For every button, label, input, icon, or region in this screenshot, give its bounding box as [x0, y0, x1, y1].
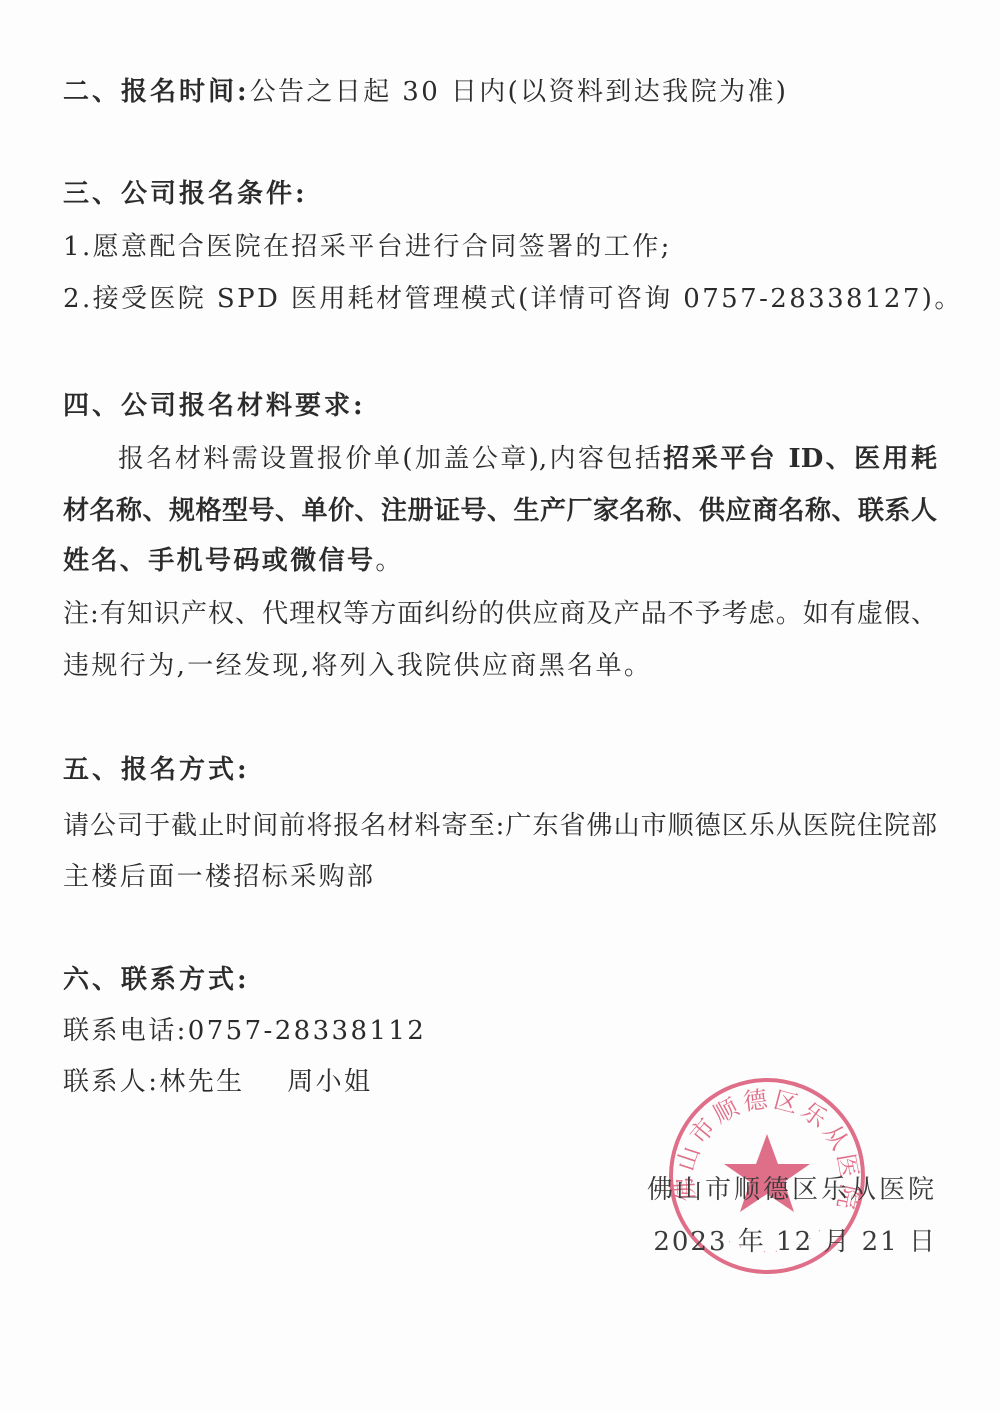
section-heading-conditions: 三、公司报名条件:	[63, 177, 937, 211]
section-heading-materials: 四、公司报名材料要求:	[63, 389, 937, 423]
materials-paragraph-line-2: 材名称、规格型号、单价、注册证号、生产厂家名称、供应商名称、联系人	[63, 494, 937, 528]
materials-paragraph-line-1: 报名材料需设置报价单(加盖公章),内容包括招采平台 ID、医用耗	[63, 442, 937, 476]
signature-date: 2023 年 12 月 21 日	[653, 1225, 937, 1259]
contact-phone: 联系电话:0757-28338112	[63, 1014, 937, 1048]
materials-required-fields: 招采平台 ID、医用耗	[663, 444, 937, 474]
condition-item-2: 2.接受医院 SPD 医用耗材管理模式(详情可咨询 0757-28338127)…	[63, 282, 937, 316]
note-line-1: 注:有知识产权、代理权等方面纠纷的供应商及产品不予考虑。如有虚假、	[63, 597, 937, 631]
registration-time-text: 公告之日起 30 日内(以资料到达我院为准)	[250, 77, 789, 107]
materials-required-fields-end: 姓名、手机号码或微信号	[63, 546, 375, 576]
registration-time-line: 二、报名时间:公告之日起 30 日内(以资料到达我院为准)	[63, 75, 937, 109]
period: 。	[375, 546, 403, 576]
method-address-line-1: 请公司于截止时间前将报名材料寄至:广东省佛山市顺德区乐从医院住院部	[63, 809, 937, 843]
method-address-line-2: 主楼后面一楼招标采购部	[63, 860, 937, 894]
materials-paragraph-line-3: 姓名、手机号码或微信号。	[63, 544, 937, 578]
note-line-2: 违规行为,一经发现,将列入我院供应商黑名单。	[63, 649, 937, 683]
section-heading-contact: 六、联系方式:	[63, 963, 937, 997]
materials-text: 报名材料需设置报价单(加盖公章),内容包括	[118, 444, 663, 474]
condition-item-1: 1.愿意配合医院在招采平台进行合同签署的工作;	[63, 230, 937, 264]
signature-organization: 佛山市顺德区乐从医院	[647, 1173, 937, 1207]
section-heading-method: 五、报名方式:	[63, 753, 937, 787]
section-heading-registration-time: 二、报名时间:	[63, 77, 250, 107]
contact-persons: 联系人:林先生 周小姐	[63, 1065, 937, 1099]
